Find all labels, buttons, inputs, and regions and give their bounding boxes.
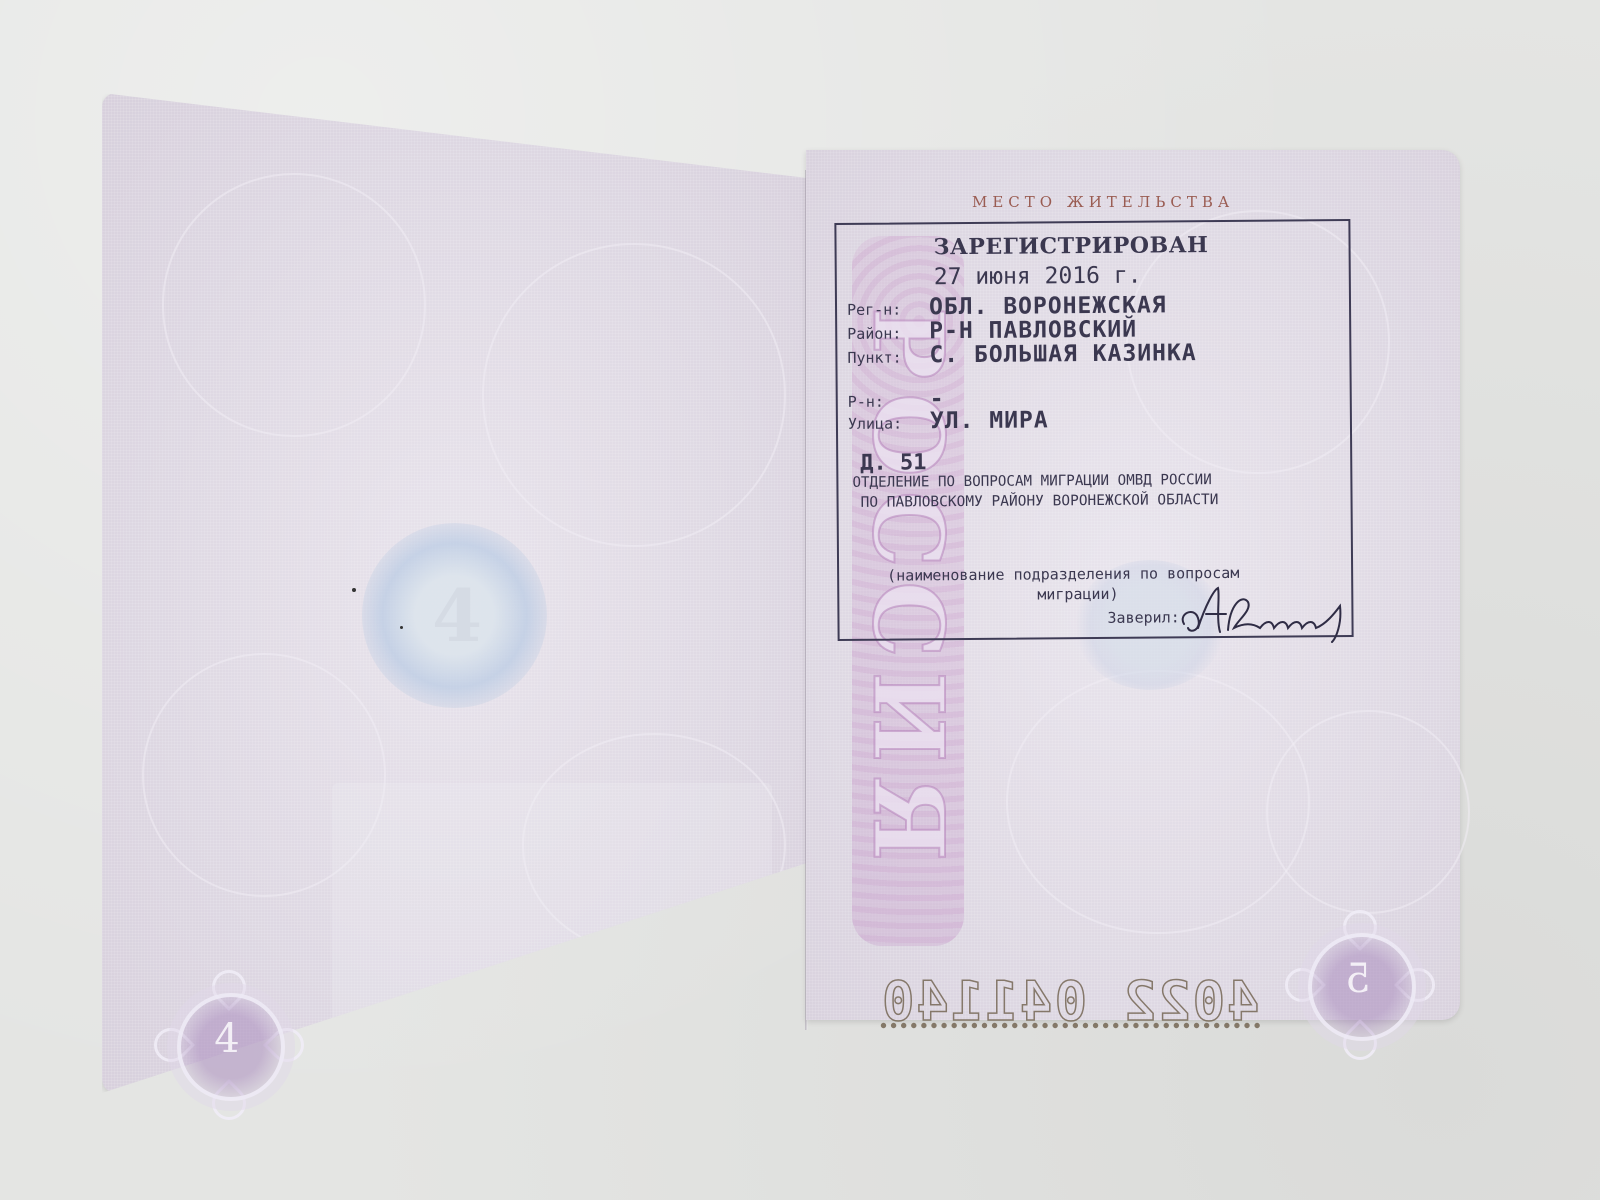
stamp-row-street: Улица:УЛ. МИРА bbox=[848, 407, 1049, 435]
stamp-caption-line-2: миграции) bbox=[1037, 585, 1118, 604]
stamp-row-value: УЛ. МИРА bbox=[930, 407, 1049, 434]
guilloche-swirl bbox=[162, 173, 426, 437]
perforated-serial-number: 4022 041140 bbox=[880, 970, 1260, 1033]
page-number: 5 bbox=[1283, 956, 1433, 1002]
stamp-row-value: С. БОЛЬШАЯ КАЗИНКА bbox=[929, 340, 1196, 368]
guilloche-swirl bbox=[1006, 670, 1310, 934]
ink-speck bbox=[352, 588, 356, 592]
photo-area-ghost bbox=[332, 783, 772, 1083]
perforated-serial-text: 4022 041140 bbox=[880, 970, 1260, 1033]
stamp-row-label: Пункт: bbox=[847, 348, 929, 367]
stamp-row-label: Улица: bbox=[848, 414, 930, 433]
watermark-number: 4 bbox=[432, 573, 482, 658]
registration-stamp: ЗАРЕГИСТРИРОВАН 27 июня 2016 г. Рег-н:ОБ… bbox=[834, 219, 1353, 641]
stamp-row-label: Рег-н: bbox=[847, 300, 929, 319]
stamp-row-label: Район: bbox=[847, 324, 929, 343]
stamp-department-line-2: ПО ПАВЛОВСКОМУ РАЙОНУ ВОРОНЕЖСКОЙ ОБЛАСТ… bbox=[861, 492, 1219, 511]
page-number-ornament-right: 5 bbox=[1283, 908, 1433, 1058]
blue-circle-watermark-icon: 4 bbox=[362, 523, 547, 708]
page-number-ornament-left: 4 bbox=[152, 968, 302, 1118]
left-passport-page: 4 bbox=[102, 93, 807, 1093]
page-number: 4 bbox=[152, 1016, 302, 1062]
stamp-department-line-1: ОТДЕЛЕНИЕ ПО ВОПРОСАМ МИГРАЦИИ ОМВД РОСС… bbox=[852, 472, 1211, 491]
stamp-date: 27 июня 2016 г. bbox=[934, 263, 1142, 291]
stamp-house-number: Д. 51 bbox=[860, 450, 926, 476]
stamp-title: ЗАРЕГИСТРИРОВАН bbox=[933, 232, 1208, 260]
handwritten-signature-icon bbox=[1176, 584, 1356, 644]
stamp-row-locality: Пункт:С. БОЛЬШАЯ КАЗИНКА bbox=[847, 340, 1196, 369]
stamp-certified-label: Заверил: bbox=[1107, 608, 1179, 627]
guilloche-swirl bbox=[482, 243, 786, 547]
ink-speck bbox=[400, 626, 403, 629]
page-heading: МЕСТО ЖИТЕЛЬСТВА bbox=[972, 193, 1234, 211]
guilloche-swirl bbox=[1266, 710, 1470, 914]
stamp-caption-line-1: (наименование подразделения по вопросам bbox=[887, 564, 1239, 585]
